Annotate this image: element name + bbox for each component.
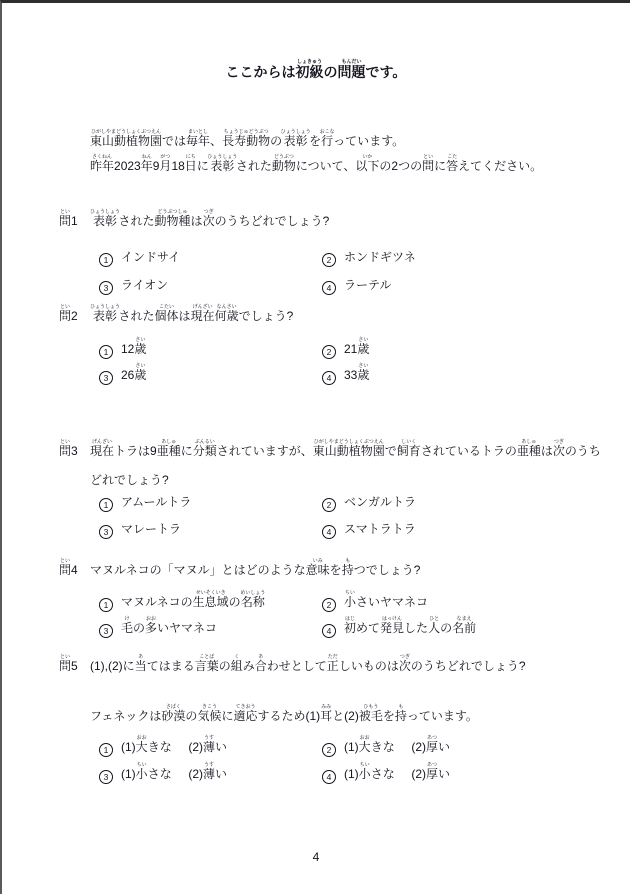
question-5-body: フェネックは砂漠さばくの気候きこうに適応てきおうするため(1)耳みみと(2)被毛… bbox=[90, 704, 478, 724]
question-5-label: 問とい5 bbox=[59, 654, 78, 674]
option-marker: 4 bbox=[322, 281, 336, 295]
option-text: ラーテル bbox=[344, 278, 391, 292]
option-marker: 2 bbox=[322, 598, 336, 612]
option-text: (1)小ちいさな (2)厚あつい bbox=[344, 767, 450, 781]
option-text: マレートラ bbox=[121, 522, 181, 536]
question-3-text-line-1: 現在げんざいトラは9亜種あしゅに分類ぶんるいされていますが、東山動植物園ひがしや… bbox=[90, 439, 601, 459]
option-text: ライオン bbox=[121, 278, 168, 292]
option-marker: 4 bbox=[322, 770, 336, 784]
option-marker: 1 bbox=[99, 598, 113, 612]
question-4-option-1: 1マヌルネコの生息域せいそくいきの名称めいしょう bbox=[99, 590, 265, 612]
option-text: マヌルネコの生息域せいそくいきの名称めいしょう bbox=[121, 595, 265, 609]
question-4-option-3: 3毛けの多おおいヤマネコ bbox=[99, 616, 217, 638]
question-4-text: マヌルネコの「マヌル」とはどのような意味いみを持もつでしょう? bbox=[90, 558, 420, 578]
option-marker: 2 bbox=[322, 345, 336, 359]
option-marker: 1 bbox=[99, 743, 113, 757]
question-1-option-1: 1インドサイ bbox=[99, 248, 180, 267]
option-text: 26歳さい bbox=[121, 368, 146, 382]
question-1-text: 表彰ひょうしょうされた動物種どうぶつしゅは次つぎのうちどれでしょう? bbox=[90, 209, 329, 229]
option-text: (1)大おおきな (2)厚あつい bbox=[344, 740, 450, 754]
option-text: ベンガルトラ bbox=[344, 495, 416, 509]
option-text: スマトラトラ bbox=[344, 522, 416, 536]
option-text: 21歳さい bbox=[344, 342, 369, 356]
intro-line: 昨年さくねん2023年ねん9月がつ18日にちに表彰ひょうしょうされた動物どうぶつ… bbox=[90, 154, 542, 174]
option-text: (1)大おおきな (2)薄うすい bbox=[121, 740, 227, 754]
intro-line: 東山動植物園ひがしやまどうしょくぶつえんでは毎年まいとし、長寿動物ちょうじゅどう… bbox=[90, 129, 404, 149]
question-1-label: 問とい1 bbox=[59, 209, 78, 229]
page-number: 4 bbox=[2, 850, 630, 864]
option-text: アムールトラ bbox=[121, 495, 191, 509]
question-3-option-2: 2ベンガルトラ bbox=[322, 493, 416, 512]
option-text: 初はじめて発見はっけんした人ひとの名前なまえ bbox=[344, 621, 476, 635]
option-marker: 3 bbox=[99, 525, 113, 539]
question-5-option-1: 1(1)大おおきな (2)薄うすい bbox=[99, 735, 227, 757]
question-4-option-4: 4初はじめて発見はっけんした人ひとの名前なまえ bbox=[322, 616, 476, 638]
option-text: ホンドギツネ bbox=[344, 250, 416, 264]
option-text: 33歳さい bbox=[344, 368, 369, 382]
question-1-option-2: 2ホンドギツネ bbox=[322, 248, 416, 267]
option-marker: 4 bbox=[322, 371, 336, 385]
question-2-label: 問とい2 bbox=[59, 304, 78, 324]
option-marker: 2 bbox=[322, 498, 336, 512]
option-marker: 3 bbox=[99, 770, 113, 784]
option-marker: 4 bbox=[322, 624, 336, 638]
question-1-option-3: 3ライオン bbox=[99, 276, 168, 295]
page-title: ここからは初級しょきゅうの問題もんだいです。 bbox=[2, 59, 630, 82]
question-3-option-4: 4スマトラトラ bbox=[322, 520, 416, 539]
option-marker: 3 bbox=[99, 624, 113, 638]
option-marker: 4 bbox=[322, 525, 336, 539]
question-3-option-3: 3マレートラ bbox=[99, 520, 181, 539]
option-text: 毛けの多おおいヤマネコ bbox=[121, 621, 217, 635]
question-1-option-4: 4ラーテル bbox=[322, 276, 391, 295]
option-marker: 2 bbox=[322, 253, 336, 267]
question-3-option-1: 1アムールトラ bbox=[99, 493, 191, 512]
option-text: (1)小ちいさな (2)薄うすい bbox=[121, 767, 227, 781]
question-5-option-2: 2(1)大おおきな (2)厚あつい bbox=[322, 735, 450, 757]
option-marker: 3 bbox=[99, 371, 113, 385]
question-2-option-1: 112歳さい bbox=[99, 337, 146, 359]
question-5-option-4: 4(1)小ちいさな (2)厚あつい bbox=[322, 762, 450, 784]
option-marker: 1 bbox=[99, 253, 113, 267]
question-3-text-line-2: どれでしょう? bbox=[90, 471, 169, 488]
question-4-label: 問とい4 bbox=[59, 558, 78, 578]
question-5-option-3: 3(1)小ちいさな (2)薄うすい bbox=[99, 762, 227, 784]
question-4-option-2: 2小ちいさいヤマネコ bbox=[322, 590, 428, 612]
option-marker: 3 bbox=[99, 281, 113, 295]
option-text: インドサイ bbox=[121, 250, 180, 264]
question-5-text: (1),(2)に当あてはまる言葉ことばの組くみ合あわせとして正ただしいものは次つ… bbox=[90, 654, 526, 674]
option-marker: 2 bbox=[322, 743, 336, 757]
question-2-option-3: 326歳さい bbox=[99, 363, 146, 385]
question-2-text: 表彰ひょうしょうされた個体こたいは現在げんざい何歳なんさいでしょう? bbox=[90, 304, 293, 324]
question-3-label: 問とい3 bbox=[59, 439, 78, 459]
option-marker: 1 bbox=[99, 345, 113, 359]
question-2-option-4: 433歳さい bbox=[322, 363, 369, 385]
option-text: 12歳さい bbox=[121, 342, 146, 356]
option-text: 小ちいさいヤマネコ bbox=[344, 595, 428, 609]
document-page: ここからは初級しょきゅうの問題もんだいです。 東山動植物園ひがしやまどうしょくぶ… bbox=[0, 0, 630, 894]
question-2-option-2: 221歳さい bbox=[322, 337, 369, 359]
option-marker: 1 bbox=[99, 498, 113, 512]
